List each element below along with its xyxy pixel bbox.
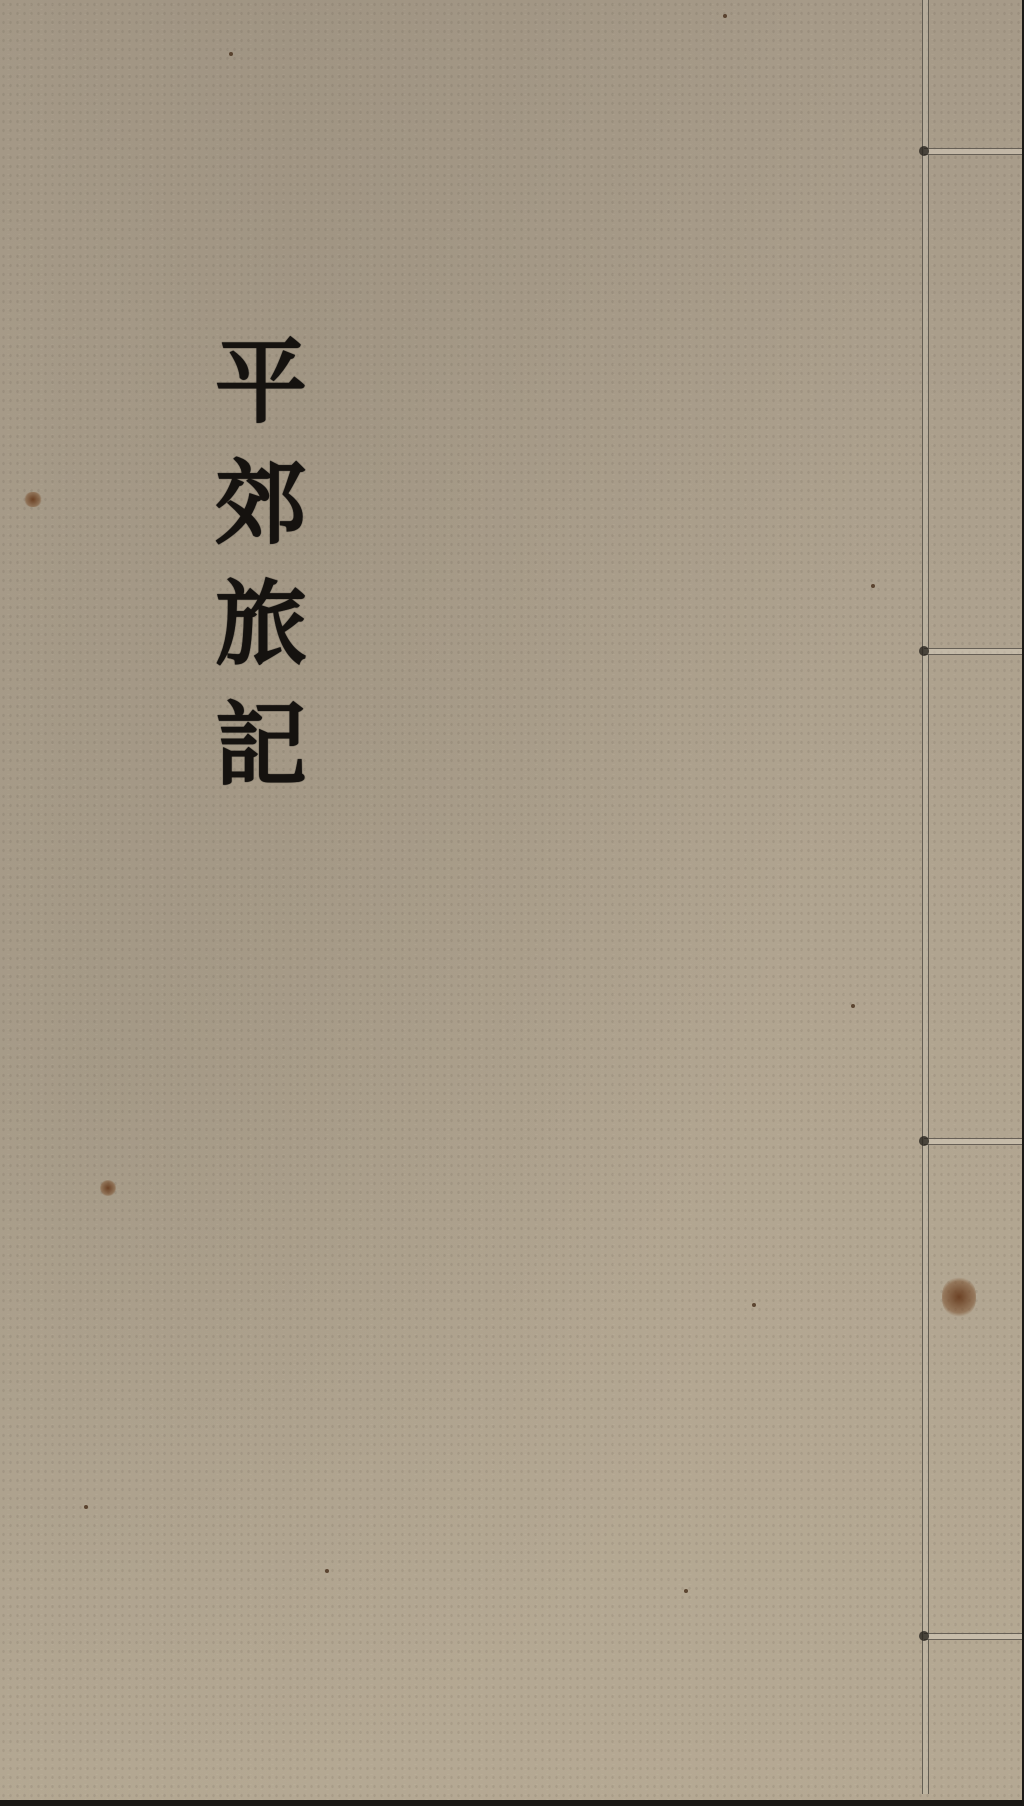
speck	[723, 14, 727, 18]
speck	[325, 1569, 329, 1573]
binding-stitch-1	[924, 148, 1022, 155]
speck	[84, 1505, 88, 1509]
scan-bottom-edge	[0, 1800, 1024, 1806]
binding-stitch-3	[924, 1138, 1022, 1145]
speck	[752, 1303, 756, 1307]
paper-texture	[0, 0, 1022, 1800]
binding-knot-1	[919, 146, 929, 156]
stain-mark	[24, 492, 42, 507]
book-cover: 平 郊 旅 記	[0, 0, 1022, 1800]
speck	[229, 52, 233, 56]
cover-title: 平 郊 旅 記	[196, 322, 326, 806]
title-char-3: 旅	[215, 564, 307, 685]
binding-knot-2	[919, 646, 929, 656]
speck	[871, 584, 875, 588]
stain-mark	[942, 1277, 976, 1317]
title-char-1: 平	[215, 322, 307, 443]
title-char-4: 記	[215, 685, 307, 806]
speck	[684, 1589, 688, 1593]
stain-mark	[100, 1180, 116, 1196]
binding-knot-4	[919, 1631, 929, 1641]
speck	[851, 1004, 855, 1008]
binding-stitch-2	[924, 648, 1022, 655]
title-char-2: 郊	[215, 443, 307, 564]
binding-stitch-4	[924, 1633, 1022, 1640]
binding-thread-vertical	[922, 0, 929, 1794]
binding-knot-3	[919, 1136, 929, 1146]
